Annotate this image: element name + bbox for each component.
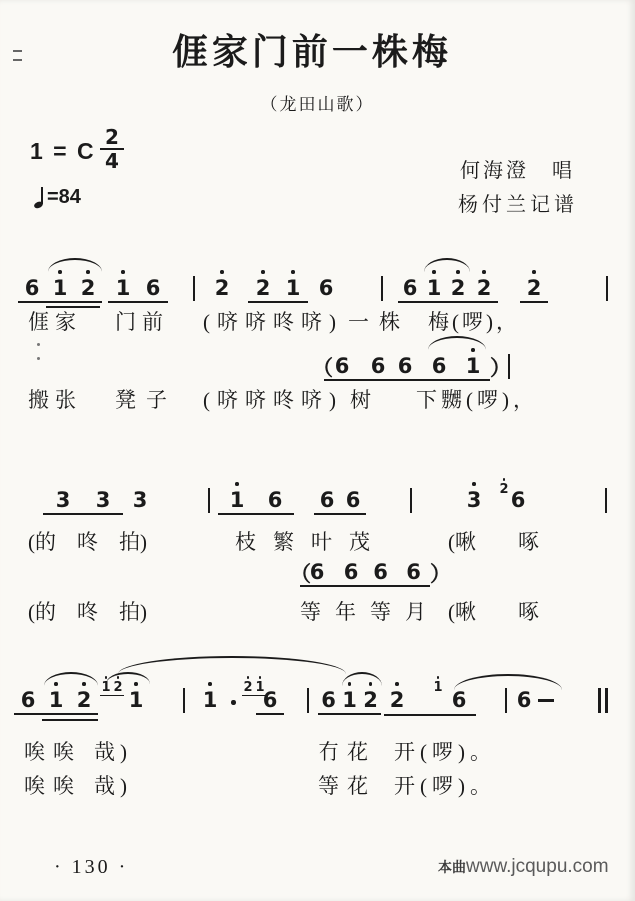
note: 2 [70, 682, 98, 711]
note-group: 6 6 [300, 554, 368, 587]
octave-dot [259, 676, 262, 679]
note: 6 [364, 554, 397, 583]
note-group: 2 [208, 270, 236, 299]
lyric-chunk: (啾 [448, 526, 476, 556]
octave-dot [208, 682, 212, 686]
note-digit: 6 [517, 689, 532, 711]
bar-line [505, 688, 507, 713]
lyric-chunk: 啄 [518, 526, 539, 556]
note-digit: 6 [373, 561, 388, 583]
phrase-slur-arc [118, 656, 346, 674]
lyric-chunk: (哜哜咚哜) [203, 306, 343, 336]
note-digit: 2 [363, 689, 378, 711]
note: 6 [324, 348, 360, 377]
note-group: 6 [256, 682, 284, 715]
note: 2 [248, 270, 278, 299]
note-digit: 6 [432, 355, 447, 377]
note-digit: 1 [129, 689, 144, 711]
watermark: 本曲 www.jcqupu.com [438, 856, 609, 878]
note-group: 2 1 [248, 270, 308, 303]
note-digit: 1 [116, 277, 131, 299]
lyric-chunk: 开(啰)。 [394, 770, 496, 800]
note-digit: 3 [96, 489, 111, 511]
song-subtitle: （龙田山歌） [261, 90, 375, 115]
grace-note: 2 [242, 676, 254, 694]
lyric-chunk: 一株 [348, 306, 410, 336]
bar-line [508, 354, 510, 379]
grace-note: 1 [432, 676, 444, 694]
note-digit: 6 [371, 355, 386, 377]
note-group: 3 [460, 482, 488, 511]
lyric-chunk: 梅(啰)， [428, 306, 520, 336]
note-digit: 6 [263, 689, 278, 711]
note: 6 [300, 554, 334, 583]
octave-dot [395, 682, 399, 686]
octave-dot [472, 482, 476, 486]
lyric-chunk: 枝繁叶茂 [235, 526, 387, 556]
note-group: 6 6 [314, 482, 366, 515]
note-digit: 6 [452, 689, 467, 711]
note: 6 [398, 270, 422, 299]
lyric-chunk: 啄 [518, 596, 539, 626]
note: 2 [360, 682, 381, 711]
note-digit: 6 [319, 277, 334, 299]
bar-line [410, 488, 412, 513]
note-digit: 2 [81, 277, 96, 299]
note: 6 [256, 482, 294, 511]
note-digit: 2 [256, 277, 271, 299]
note-digit: 2 [390, 689, 405, 711]
note-digit: 6 [146, 277, 161, 299]
note: 2 [208, 270, 236, 299]
note: 3 [460, 482, 488, 511]
slur-arc [428, 336, 486, 350]
duration-dash [538, 699, 554, 702]
note: 1 [42, 682, 70, 711]
note-group: 2 [384, 682, 410, 711]
note-group: 3 [126, 482, 154, 511]
quarter-note-icon [34, 186, 45, 209]
note-digit: 2 [527, 277, 542, 299]
tempo-marking: =84 [34, 186, 81, 209]
note-digit: 1 [230, 489, 245, 511]
note-group: 2 [520, 270, 548, 303]
watermark-prefix: 本曲 [438, 857, 466, 877]
time-signature-numerator: 2 [100, 127, 124, 150]
note: 1 [108, 270, 138, 299]
tie-arc [454, 674, 562, 690]
print-artifact [37, 343, 40, 346]
octave-dot [503, 478, 506, 481]
note: 2 [520, 270, 548, 299]
note: 1 [422, 270, 446, 299]
note-digit: 2 [243, 681, 252, 694]
note-digit: 1 [49, 689, 64, 711]
note: 2 [74, 270, 102, 299]
note: 6 [318, 682, 339, 711]
note-group: 6 1 2 [18, 270, 102, 303]
note: 6 [314, 482, 340, 511]
key-signature: 1 = C [30, 138, 96, 165]
note-digit: 6 [335, 355, 350, 377]
note: 1 [339, 682, 360, 711]
lyric-chunk: (的 咚 拍) [28, 596, 147, 626]
note: 6 [422, 348, 456, 377]
note-group: 1 [122, 682, 150, 711]
note: 1 [196, 682, 224, 711]
note: 1 [456, 348, 490, 377]
note-digit: 1 [342, 689, 357, 711]
note: 6 [18, 270, 46, 299]
note-digit: 3 [467, 489, 482, 511]
note-group: 1 [196, 682, 224, 711]
note-group: 6 6 [324, 348, 396, 381]
note-digit: 6 [346, 489, 361, 511]
slur-arc [48, 258, 102, 272]
note: 6 [138, 270, 168, 299]
lyric-chunk: 𠊎家 [28, 306, 82, 336]
bar-line [208, 488, 210, 513]
octave-dot [121, 270, 125, 274]
note: 2 [446, 270, 470, 299]
note: 6 [504, 482, 532, 511]
slur-arc [424, 258, 470, 272]
note-digit: 2 [77, 689, 92, 711]
note: 3 [126, 482, 154, 511]
note: 1 [278, 270, 308, 299]
time-signature-denominator: 4 [105, 150, 119, 171]
lyric-chunk: (哜哜咚哜) [203, 384, 343, 414]
final-bar-line [605, 688, 608, 713]
note: 6 [312, 270, 340, 299]
lyric-chunk: 下嬲(啰)， [416, 384, 538, 414]
note-digit: 6 [321, 689, 336, 711]
bar-line [606, 276, 608, 301]
note-digit: 6 [344, 561, 359, 583]
note-group: 6 1 2 [14, 682, 98, 715]
note-digit: 6 [403, 277, 418, 299]
lyric-chunk: 门前 [115, 306, 169, 336]
note: 6 [397, 554, 430, 583]
augmentation-dot [231, 700, 236, 705]
note-group: 6 [504, 482, 532, 511]
lyric-chunk: 冇花 [318, 736, 376, 766]
note-group: 1 6 [218, 482, 294, 515]
octave-dot [261, 270, 265, 274]
note: 3 [43, 482, 83, 511]
tempo-value: =84 [47, 186, 81, 209]
note-digit: 3 [133, 489, 148, 511]
note-group: 1 6 [108, 270, 168, 303]
note-group: 2 [470, 270, 498, 303]
note-digit: 6 [511, 489, 526, 511]
note: 6 [256, 682, 284, 711]
lyric-chunk: 哉) [94, 736, 132, 766]
note-group: 3 3 [43, 482, 123, 515]
note: 1 [122, 682, 150, 711]
lyric-chunk: 唉唉 [24, 736, 82, 766]
note-digit: 6 [268, 489, 283, 511]
page-number: · 130 · [54, 856, 128, 879]
octave-dot [220, 270, 224, 274]
lyric-chunk: 等花 [318, 770, 376, 800]
note-digit: 6 [21, 689, 36, 711]
note-digit: 6 [310, 561, 325, 583]
note-digit: 1 [53, 277, 68, 299]
note-group: 6 [510, 682, 538, 711]
note-group: 6 1 2 [398, 270, 470, 303]
note-digit: 6 [406, 561, 421, 583]
octave-dot [437, 676, 440, 679]
bar-line [307, 688, 309, 713]
slur-arc [342, 672, 382, 686]
print-artifact [37, 357, 40, 360]
note-digit: 1 [286, 277, 301, 299]
note-digit: 2 [215, 277, 230, 299]
octave-dot [291, 270, 295, 274]
note-group: 6 6 [364, 554, 430, 587]
lyric-chunk: (的 咚 拍) [28, 526, 147, 556]
note: 6 [510, 682, 538, 711]
lyric-chunk: 凳子 [115, 384, 177, 414]
note: 6 [340, 482, 366, 511]
singer-credit: 何海澄 唱 [460, 154, 575, 183]
note: 6 [14, 682, 42, 711]
lyric-chunk: 开(啰)。 [394, 736, 496, 766]
note-digit: 1 [203, 689, 218, 711]
bar-line [193, 276, 195, 301]
lyric-chunk: (啾 [448, 596, 476, 626]
lyric-chunk: 等年等月 [300, 596, 440, 626]
note-group: 6 1 2 [318, 682, 381, 715]
note: 6 [334, 554, 368, 583]
note: 2 [470, 270, 498, 299]
note-digit: 6 [25, 277, 40, 299]
final-bar-line [598, 688, 601, 713]
note: 1 [218, 482, 256, 511]
song-title: 𠊎家门前一株梅 [172, 24, 452, 75]
lyric-chunk: 搬张 [28, 384, 82, 414]
note-digit: 2 [451, 277, 466, 299]
note: 6 [388, 348, 422, 377]
watermark-url: www.jcqupu.com [466, 856, 609, 878]
time-signature: 2 4 [100, 127, 124, 171]
note-digit: 6 [320, 489, 335, 511]
transcriber-credit: 杨付兰记谱 [458, 188, 578, 217]
lyric-chunk: 树 [350, 384, 371, 414]
print-artifact [13, 50, 22, 61]
slur-arc [44, 672, 98, 686]
note: 3 [83, 482, 123, 511]
note: 2 [384, 682, 410, 711]
note-group: 6 6 1 [388, 348, 490, 381]
sheet-music-page: 𠊎家门前一株梅 （龙田山歌） 1 = C 2 4 =84 何海澄 唱 杨付兰记谱… [0, 0, 635, 901]
eighth-beam [384, 714, 476, 716]
octave-dot [235, 482, 239, 486]
note-digit: 1 [433, 681, 442, 694]
note-digit: 3 [56, 489, 71, 511]
lyric-chunk: 唉唉 [24, 770, 82, 800]
note-group: 6 [312, 270, 340, 299]
note-digit: 6 [398, 355, 413, 377]
bar-line [605, 488, 607, 513]
lyric-chunk: 哉) [94, 770, 132, 800]
octave-dot [482, 270, 486, 274]
note-digit: 2 [477, 277, 492, 299]
octave-dot [247, 676, 250, 679]
bar-line [183, 688, 185, 713]
note: 1 [46, 270, 74, 299]
note-digit: 1 [466, 355, 481, 377]
octave-dot [532, 270, 536, 274]
note-digit: 1 [427, 277, 442, 299]
sixteenth-beam [42, 719, 98, 721]
parenthesis-close: ） [430, 558, 451, 588]
bar-line [381, 276, 383, 301]
